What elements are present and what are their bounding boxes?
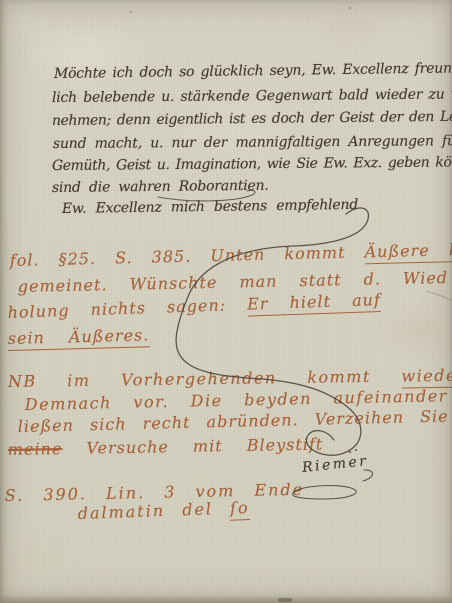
paper-speck xyxy=(428,96,431,99)
letter-line-5: Gemüth, Geist u. Imagination, wie Sie Ew… xyxy=(52,154,452,174)
note1-line1-text: fol. §25. S. 385. Unten kommt xyxy=(10,242,365,270)
signature-tail-flourish xyxy=(363,470,373,481)
valediction-line: Ew. Excellenz mich bestens empfehlend xyxy=(62,197,358,217)
letter-line-2: lich belebende u. stärkende Gegenwart ba… xyxy=(52,86,452,106)
ink-dot xyxy=(355,449,357,451)
note3-line2-underlined: ſo xyxy=(230,498,250,521)
letter-line-1: Möchte ich doch so glücklich seyn, Ew. E… xyxy=(54,60,452,82)
note2-struck-word: meine xyxy=(8,439,63,459)
paper-speck xyxy=(130,11,132,13)
note1-line4-underlined: sein Äußeres. xyxy=(8,325,150,351)
note2-line4-rest: Versuche mit Bleystift xyxy=(62,434,323,458)
note1-line3-underlined: Er hielt auf xyxy=(247,290,381,317)
signature: Riemer xyxy=(301,453,369,476)
letter-line-6: sind die wahren Roborantien. xyxy=(52,178,269,196)
ink-dot xyxy=(349,451,351,453)
paper-crease xyxy=(426,291,452,301)
note2-line-4: meine Versuche mit Bleystift xyxy=(8,434,324,459)
paper-speck xyxy=(278,598,292,602)
note3-line2-text: dalmatin del xyxy=(77,499,230,523)
manuscript-page: Möchte ich doch so glücklich seyn, Ew. E… xyxy=(0,0,452,603)
note2-line1-underlined: wieder xyxy=(401,366,452,389)
note1-line3-text: holung nichts sagen: xyxy=(7,295,247,322)
note1-line-4: sein Äußeres. xyxy=(8,325,150,348)
note1-line1-underlined: Äußere b xyxy=(364,240,452,264)
note1-line-1: fol. §25. S. 385. Unten kommt Äußere b xyxy=(10,240,452,270)
note1-line-2: gemeinet. Wünschte man statt d. Wied xyxy=(18,268,449,296)
letter-line-3: nehmen; denn eigentlich ist es doch der … xyxy=(52,108,452,129)
paper-speck xyxy=(349,7,351,9)
note2-line1-text: NB im Vorhergehenden kommt xyxy=(8,367,402,391)
letter-line-4: sund macht, u. nur der mannigfaltigen An… xyxy=(53,133,452,152)
